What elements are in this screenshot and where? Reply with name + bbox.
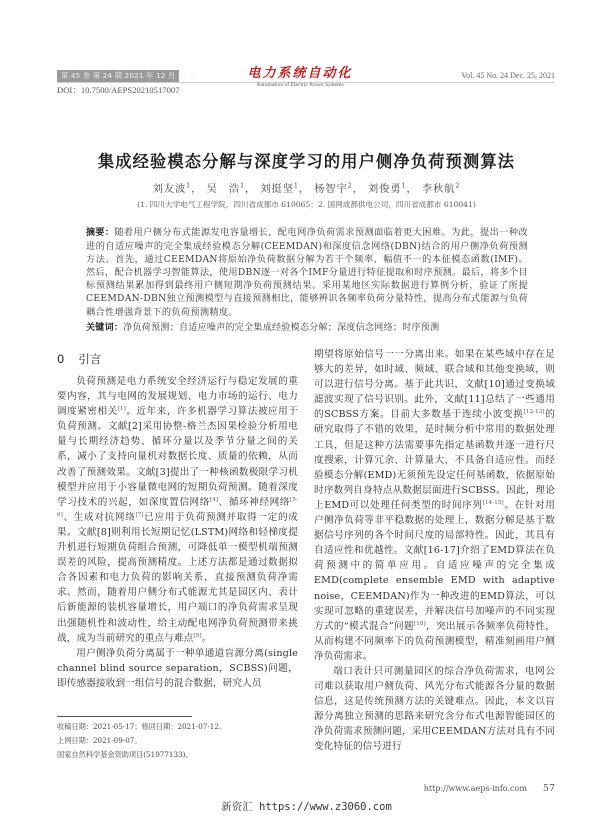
author: 刘俊勇 [368, 184, 402, 195]
paragraph-text: 端口表计只可测量园区的综合净负荷需求，电网公司难以获取用户侧负荷、风光分布式能源… [314, 666, 555, 752]
citation[interactable]: [12-13] [524, 409, 545, 415]
author-aff: 1 [402, 183, 407, 190]
journal-name-en: Automation of Electric Power Systems [225, 81, 375, 89]
paragraph-text: 。近年来，许多机器学习算法被应用于负荷预测。文献[2]采用协整-格兰杰因果检验分… [57, 406, 298, 508]
affiliations: (1. 四川大学电气工程学院，四川省成都市 610065；2. 国网成都供电公司… [0, 199, 613, 210]
volume-issue-en: Vol. 45 No. 24 Dec. 25, 2021 [461, 71, 555, 80]
author: 刘友波 [153, 184, 187, 195]
author-aff: 2 [455, 183, 460, 190]
page-footer: http://www.aeps-info.com57 [424, 783, 555, 794]
author: 李秋航 [422, 184, 456, 195]
paragraph: 用户侧净负荷分离属于一种单通道盲源分离(single channel blind… [57, 646, 298, 691]
body-column-left: 负荷预测是电力系统安全经济运行与稳定发展的重要内容，其与电网的发展规划、电力市场… [57, 374, 298, 691]
keywords-label: 关键词： [86, 323, 123, 333]
journal-url[interactable]: http://www.aeps-info.com [424, 784, 527, 793]
watermark: 新资汇 https://www.z3060.com [0, 799, 613, 814]
author-aff: 1 [240, 183, 245, 190]
body-column-right: 期望将原始信号一一分离出来。如果在某些域中存在足够大的差异，如时域、频域、联合域… [314, 347, 555, 755]
abstract-text: 随着用户侧分布式能源发电容量增长，配电网净负荷需求预测面临着更大困难。为此，提出… [86, 227, 528, 318]
citation[interactable]: [1] [118, 406, 126, 412]
paragraph-continued: 期望将原始信号一一分离出来。如果在某些域中存在足够大的差异，如时域、频域、联合域… [314, 347, 555, 664]
citation[interactable]: [14-15] [483, 500, 504, 506]
author-aff: 1 [186, 183, 191, 190]
section-number: 0 [57, 352, 64, 366]
paragraph-text: 。在针对用户侧净负荷等非平稳数据的处理上，数据分解是基于数据信号序列的各个时间尺… [314, 500, 555, 632]
author: 吴 浩 [207, 184, 241, 195]
footnote-online-date: 上网日期：2021-09-07。 [57, 736, 142, 746]
page-number: 57 [543, 783, 555, 794]
paragraph-text: 、生成对抗网络 [63, 512, 136, 523]
citation[interactable]: [4] [210, 497, 218, 503]
paragraph-text: 用户侧净负荷分离属于一种单通道盲源分离(single channel blind… [57, 648, 298, 689]
author: 刘挺坚 [260, 184, 294, 195]
paragraph-text: 期望将原始信号一一分离出来。如果在某些域中存在足够大的差异，如时域、频域、联合域… [314, 349, 555, 420]
paragraph-text: 已应用于负荷预测并取得一定的成果。文献[8]则利用长短期记忆(LSTM)网络和轻… [57, 512, 298, 644]
paper-title: 集成经验模态分解与深度学习的用户侧净负荷预测算法 [0, 148, 613, 172]
citation[interactable]: [9] [193, 632, 201, 638]
citation[interactable]: [18] [414, 621, 426, 627]
paragraph-text: 的研究取得了不错的效果，是时频分析中常用的数据处理工具，但是这种方法需要事先指定… [314, 409, 555, 511]
author-aff: 2 [348, 183, 353, 190]
citation[interactable]: [7] [135, 512, 143, 518]
author-list: 刘友波1， 吴 浩1， 刘挺坚1， 杨智宇2， 刘俊勇1， 李秋航2 [0, 180, 613, 195]
author: 杨智宇 [314, 184, 348, 195]
footnote-funding: 国家自然科学基金资助项目(51977133)。 [57, 750, 193, 760]
paragraph-text: 、循环神经网络 [218, 497, 290, 508]
section-heading: 0引言 [57, 351, 101, 367]
keywords-text: 净负荷预测；自适应噪声的完全集成经验模态分解；深度信念网络；时序预测 [123, 323, 439, 333]
paragraph: 端口表计只可测量园区的综合净负荷需求，电网公司难以获取用户侧负荷、风光分布式能源… [314, 664, 555, 755]
doi[interactable]: DOI：10.7500/AEPS20210517007 [57, 84, 179, 96]
author-aff: 1 [294, 183, 299, 190]
footnote-rule [57, 716, 192, 717]
journal-logo: 电力系统自动化 Automation of Electric Power Sys… [225, 66, 375, 89]
paragraph-text: 。 [202, 633, 212, 644]
keywords: 关键词：净负荷预测；自适应噪声的完全集成经验模态分解；深度信念网络；时序预测 [86, 320, 528, 333]
paragraph: 负荷预测是电力系统安全经济运行与稳定发展的重要内容，其与电网的发展规划、电力市场… [57, 374, 298, 646]
journal-name-cn: 电力系统自动化 [225, 66, 375, 81]
volume-issue-cn: 第 45 卷 第 24 期 2021 年 12 月 25 日 [57, 70, 179, 82]
abstract: 摘要：随着用户侧分布式能源发电容量增长，配电网净负荷需求预测面临着更大困难。为此… [86, 226, 528, 319]
footnote-dates: 收稿日期：2021-05-17；修回日期：2021-07-12。 [57, 722, 226, 732]
section-title: 引言 [78, 352, 101, 366]
abstract-label: 摘要： [86, 228, 114, 238]
